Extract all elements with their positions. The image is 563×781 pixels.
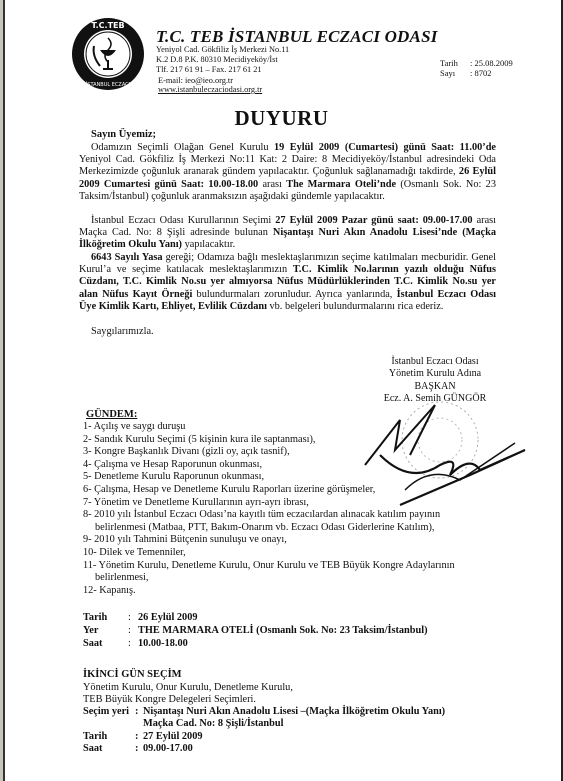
row-label: Seçim yeri bbox=[83, 706, 135, 717]
row-value: Maçka Cad. No: 8 Şişli/İstanbul bbox=[143, 718, 283, 729]
row-label: Tarih bbox=[83, 612, 128, 624]
row-sep: : bbox=[128, 612, 138, 624]
row-label: Saat bbox=[83, 638, 128, 650]
row-value: 10.00-18.00 bbox=[138, 638, 188, 649]
row-value: 26 Eylül 2009 bbox=[138, 612, 198, 623]
agenda-list: 1- Açılış ve saygı duruşu 2- Sandık Kuru… bbox=[83, 421, 503, 597]
number-label: Sayı bbox=[440, 68, 470, 78]
agenda-item: 1- Açılış ve saygı duruşu bbox=[83, 421, 503, 434]
document-number: Sayı: 8702 bbox=[440, 68, 492, 78]
address-line: K.2 D.8 P.K. 80310 Mecidiyeköy/İst bbox=[156, 55, 278, 66]
agenda-item: 8- 2010 yılı İstanbul Eczacı Odası’na ka… bbox=[83, 509, 503, 522]
address-line: Yeniyol Cad. Gökfiliz İş Merkezi No.11 bbox=[156, 45, 289, 56]
second-day-place-row: Seçim yeri:Nişantaşı Nuri Akın Anadolu L… bbox=[83, 706, 445, 717]
signature-board: Yönetim Kurulu Adına bbox=[360, 368, 510, 380]
row-sep: : bbox=[135, 731, 143, 742]
agenda-item: 3- Kongre Başkanlık Divanı (gizli oy, aç… bbox=[83, 446, 503, 459]
agenda-item: 7- Yönetim ve Denetleme Kurullarının ayr… bbox=[83, 497, 503, 510]
paragraph-general-assembly: Odamızın Seçimli Olağan Genel Kurulu 19 … bbox=[79, 142, 496, 203]
signature-org: İstanbul Eczacı Odası bbox=[360, 356, 510, 368]
second-day-date-row: Tarih:27 Eylül 2009 bbox=[83, 731, 203, 742]
first-day-time-row: Saat:10.00-18.00 bbox=[83, 638, 188, 650]
second-day-line: Yönetim Kurulu, Onur Kurulu, Denetleme K… bbox=[83, 682, 293, 693]
agenda-item-continuation: belirlenmesi, bbox=[83, 572, 503, 585]
row-sep: : bbox=[135, 743, 143, 754]
document-title: DUYURU bbox=[0, 106, 563, 131]
row-label: Yer bbox=[83, 625, 128, 637]
row-value: 09.00-17.00 bbox=[143, 743, 193, 754]
date-label: Tarih bbox=[440, 58, 470, 68]
website-link[interactable]: www.istanbuleczaciodasi.org.tr bbox=[158, 85, 262, 96]
number-value: : 8702 bbox=[470, 68, 492, 78]
second-day-line: TEB Büyük Kongre Delegeleri Seçimleri. bbox=[83, 694, 256, 705]
row-label: Tarih bbox=[83, 731, 135, 742]
second-day-time-row: Saat:09.00-17.00 bbox=[83, 743, 193, 754]
row-value: THE MARMARA OTELİ (Osmanlı Sok. No: 23 T… bbox=[138, 625, 428, 636]
agenda-item-continuation: belirlenmesi (Matbaa, PTT, Bakım-Onarım … bbox=[83, 522, 503, 535]
org-name: T.C. TEB İSTANBUL ECZACI ODASI bbox=[156, 27, 438, 47]
document-date: Tarih: 25.08.2009 bbox=[440, 58, 513, 68]
first-day-date-row: Tarih:26 Eylül 2009 bbox=[83, 612, 198, 624]
closing-text: Saygılarımızla. bbox=[79, 326, 496, 338]
agenda-item: 11- Yönetim Kurulu, Denetleme Kurulu, On… bbox=[83, 560, 503, 573]
salutation: Sayın Üyemiz; bbox=[91, 129, 156, 140]
phone-fax-line: Tlf. 217 61 91 – Fax. 217 61 21 bbox=[156, 65, 262, 76]
agenda-item: 9- 2010 yılı Tahmini Bütçenin sunuluşu v… bbox=[83, 534, 503, 547]
row-sep: : bbox=[128, 638, 138, 650]
paragraph-requirements: 6643 Sayılı Yasa gereği; Odamıza bağlı m… bbox=[79, 252, 496, 313]
agenda-item: 6- Çalışma, Hesap ve Denetleme Kurulu Ra… bbox=[83, 484, 503, 497]
row-value: Nişantaşı Nuri Akın Anadolu Lisesi –(Maç… bbox=[143, 706, 445, 717]
agenda-item: 4- Çalışma ve Hesap Raporunun okunması, bbox=[83, 459, 503, 472]
agenda-title: GÜNDEM: bbox=[86, 409, 137, 420]
date-value: : 25.08.2009 bbox=[470, 58, 513, 68]
paragraph-elections: İstanbul Eczacı Odası Kurullarının Seçim… bbox=[79, 215, 496, 252]
signature-role: BAŞKAN bbox=[360, 381, 510, 393]
first-day-place-row: Yer:THE MARMARA OTELİ (Osmanlı Sok. No: … bbox=[83, 625, 428, 637]
row-sep: : bbox=[128, 625, 138, 637]
second-day-title: İKİNCİ GÜN SEÇİM bbox=[83, 669, 182, 680]
agenda-item: 2- Sandık Kurulu Seçimi (5 kişinin kura … bbox=[83, 434, 503, 447]
svg-text:İSTANBUL ECZACI: İSTANBUL ECZACI bbox=[86, 81, 130, 88]
agenda-item: 10- Dilek ve Temenniler, bbox=[83, 547, 503, 560]
agenda-item: 5- Denetleme Kurulu Raporunun okunması, bbox=[83, 471, 503, 484]
agenda-item: 12- Kapanış. bbox=[83, 585, 503, 598]
second-day-address-row: Maçka Cad. No: 8 Şişli/İstanbul bbox=[83, 718, 283, 729]
row-sep: : bbox=[135, 706, 143, 717]
row-value: 27 Eylül 2009 bbox=[143, 731, 203, 742]
svg-text:T.C.TEB: T.C.TEB bbox=[91, 21, 124, 30]
teb-logo-icon: T.C.TEB İSTANBUL ECZACI bbox=[70, 16, 146, 92]
row-label: Saat bbox=[83, 743, 135, 754]
